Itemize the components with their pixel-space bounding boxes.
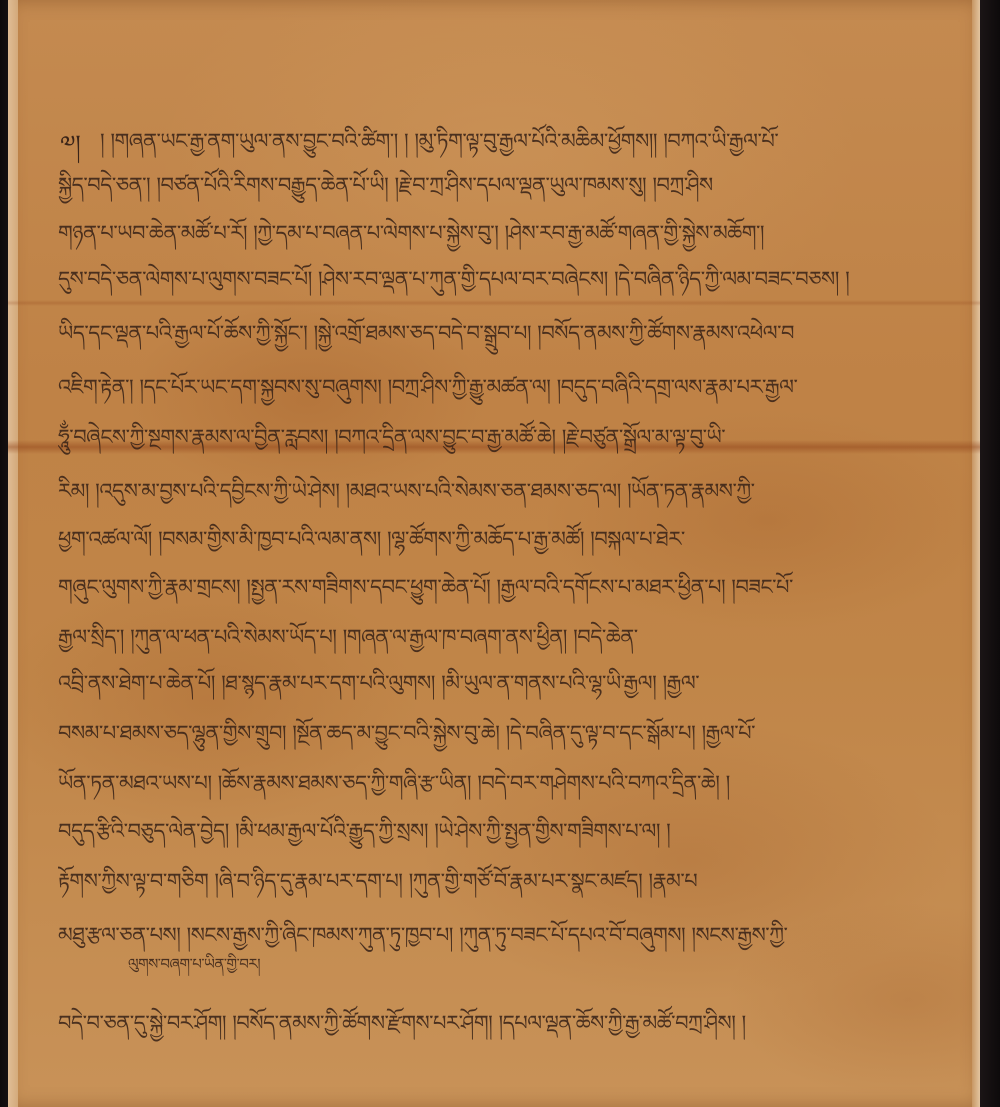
backdrop-right	[978, 0, 1000, 1107]
manuscript-folio: ༧། ། །གཞན་ཡང་རྒྱ་ནག་ཡུལ་ནས་བྱུང་བའི་ཚིག་…	[8, 0, 980, 1107]
text-line: ཡིད་དང་ལྡན་པའི་རྒྱལ་པོ་ཆོས་ཀྱི་སྐྱོང་། །…	[58, 310, 978, 369]
paper-edge-left	[8, 0, 18, 1107]
text-line: ཧཱུྂ་བཞེངས་ཀྱི་སྔགས་རྣམས་ལ་བྱིན་རླབས། །བ…	[58, 414, 978, 473]
marginal-note: ལུགས་བཞག་པ་ཡིན་གྱི་བར།	[128, 948, 528, 990]
text-line-final: བདེ་བ་ཅན་དུ་སྐྱེ་བར་ཤོག། །བསོད་ནམས་ཀྱི་ཚ…	[58, 1000, 838, 1059]
text-line: དུས་བདེ་ཅན་ལེགས་པ་ལུགས་བཟང་པོ། །ཤེས་རབ་ལ…	[58, 256, 978, 315]
text-line: རྟོགས་ཀྱིས་ལྟ་བ་གཅིག །ཞི་བ་ཉིད་དུ་རྣམ་པར…	[58, 858, 978, 917]
